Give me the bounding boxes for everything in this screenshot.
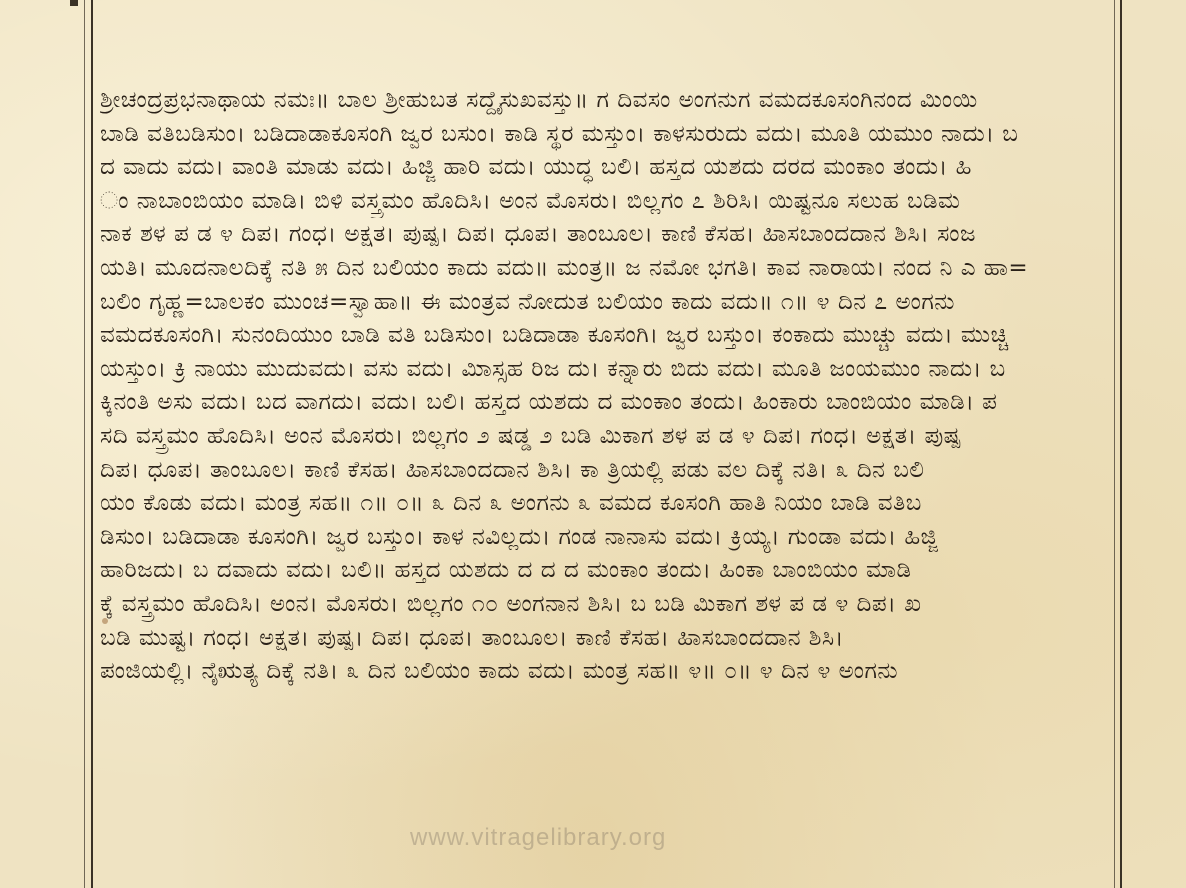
manuscript-line: ಪಂಜಿಯಲ್ಲಿ। ನೈಋತ್ಯ ದಿಕ್ಕೆ ನತಿ। ೩ ದಿನ ಬಲಿಯ… [100,655,1112,689]
manuscript-line: ಕ್ಕೆ ವಸ್ತ್ರಮಂ ಹೊದಿಸಿ। ಅಂನ। ಮೊಸರು। ಬಿಲ್ಲಗ… [100,588,1112,622]
right-margin-rule-outer [1120,0,1122,888]
manuscript-line: ಯತಿ। ಮೂದನಾಲದಿಕ್ಕೆ ನತಿ ೫ ದಿನ ಬಲಿಯಂ ಕಾದು ವ… [100,252,1112,286]
manuscript-line: ಯಂ ಕೊಡು ವದು। ಮಂತ್ರ ಸಹ॥ ೧॥ ೦॥ ೩ ದಿನ ೩ ಅಂಗ… [100,487,1112,521]
manuscript-line: ಬಡಿ ಮುಷ್ಟ। ಗಂಧ। ಅಕ್ಷತ। ಪುಷ್ಪ। ದಿಪ। ಧೂಪ। … [100,622,1112,656]
manuscript-text: ಶ್ರೀಚಂದ್ರಪ್ರಭನಾಥಾಯ ನಮಃ॥ ಬಾಲ ಶ್ರೀಹುಬತ ಸದ್… [100,84,1112,689]
watermark: www.vitragelibrary.org [410,824,666,852]
page-corner-mark [70,0,78,6]
manuscript-line: ಬಲಿಂ ಗೃಹ್ಣ=ಬಾಲಕಂ ಮುಂಚ=ಸ್ವಾಹಾ॥ ಈ ಮಂತ್ರವ ನ… [100,286,1112,320]
left-margin-rule-inner [91,0,93,888]
manuscript-line: ನಾಕ ಶಳ ಪ ಡ ೪ ದಿಪ। ಗಂಧ। ಅಕ್ಷತ। ಪುಷ್ಪ। ದಿಪ… [100,218,1112,252]
manuscript-line: ದಿಪ। ಧೂಪ। ತಾಂಬೂಲ। ಕಾಣಿ ಕೆಸಹ। ಹಿಾಸಬಾಂದದಾನ… [100,454,1112,488]
manuscript-line: ದ ವಾದು ವದು। ವಾಂತಿ ಮಾಡು ವದು। ಹಿಜ್ಜಿ ಹಾರಿ … [100,151,1112,185]
manuscript-line: ಶ್ರೀಚಂದ್ರಪ್ರಭನಾಥಾಯ ನಮಃ॥ ಬಾಲ ಶ್ರೀಹುಬತ ಸದ್… [100,84,1112,118]
right-margin-rule-inner [1114,0,1115,888]
manuscript-line: ಯಸ್ತುಂ। ಕ್ರಿ ನಾಯು ಮುದುವದು। ವಸು ವದು। ಮಿಾಸ… [100,353,1112,387]
left-margin-rule-outer [84,0,85,888]
manuscript-line: ಹಾರಿಜದು। ಬ ದವಾದು ವದು। ಬಲಿ॥ ಹಸ್ತದ ಯಶದು ದ … [100,554,1112,588]
manuscript-line: ಡಿಸುಂ। ಬಡಿದಾಡಾ ಕೂಸಂಗಿ। ಜ್ವರ ಬಸ್ತುಂ। ಕಾಳ … [100,521,1112,555]
manuscript-line: ಕ್ಕಿನಂತಿ ಅಸು ವದು। ಬದ ವಾಗದು। ವದು। ಬಲಿ। ಹಸ… [100,386,1112,420]
manuscript-line: ವಮದಕೂಸಂಗಿ। ಸುನಂದಿಯುಂ ಬಾಡಿ ವತಿ ಬಡಿಸುಂ। ಬಡ… [100,319,1112,353]
manuscript-line: ಂ ನಾಬಾಂಬಿಯಂ ಮಾಡಿ। ಬಿಳಿ ವಸ್ತ್ರಮಂ ಹೊದಿಸಿ। … [100,185,1112,219]
manuscript-line: ಸದಿ ವಸ್ತ್ರಮಂ ಹೊದಿಸಿ। ಅಂನ ಮೊಸರು। ಬಿಲ್ಲಗಂ … [100,420,1112,454]
manuscript-line: ಬಾಡಿ ವತಿಬಡಿಸುಂ। ಬಡಿದಾಡಾಕೂಸಂಗಿ ಜ್ವರ ಬಸುಂ।… [100,118,1112,152]
manuscript-page: ಶ್ರೀಚಂದ್ರಪ್ರಭನಾಥಾಯ ನಮಃ॥ ಬಾಲ ಶ್ರೀಹುಬತ ಸದ್… [0,0,1186,888]
